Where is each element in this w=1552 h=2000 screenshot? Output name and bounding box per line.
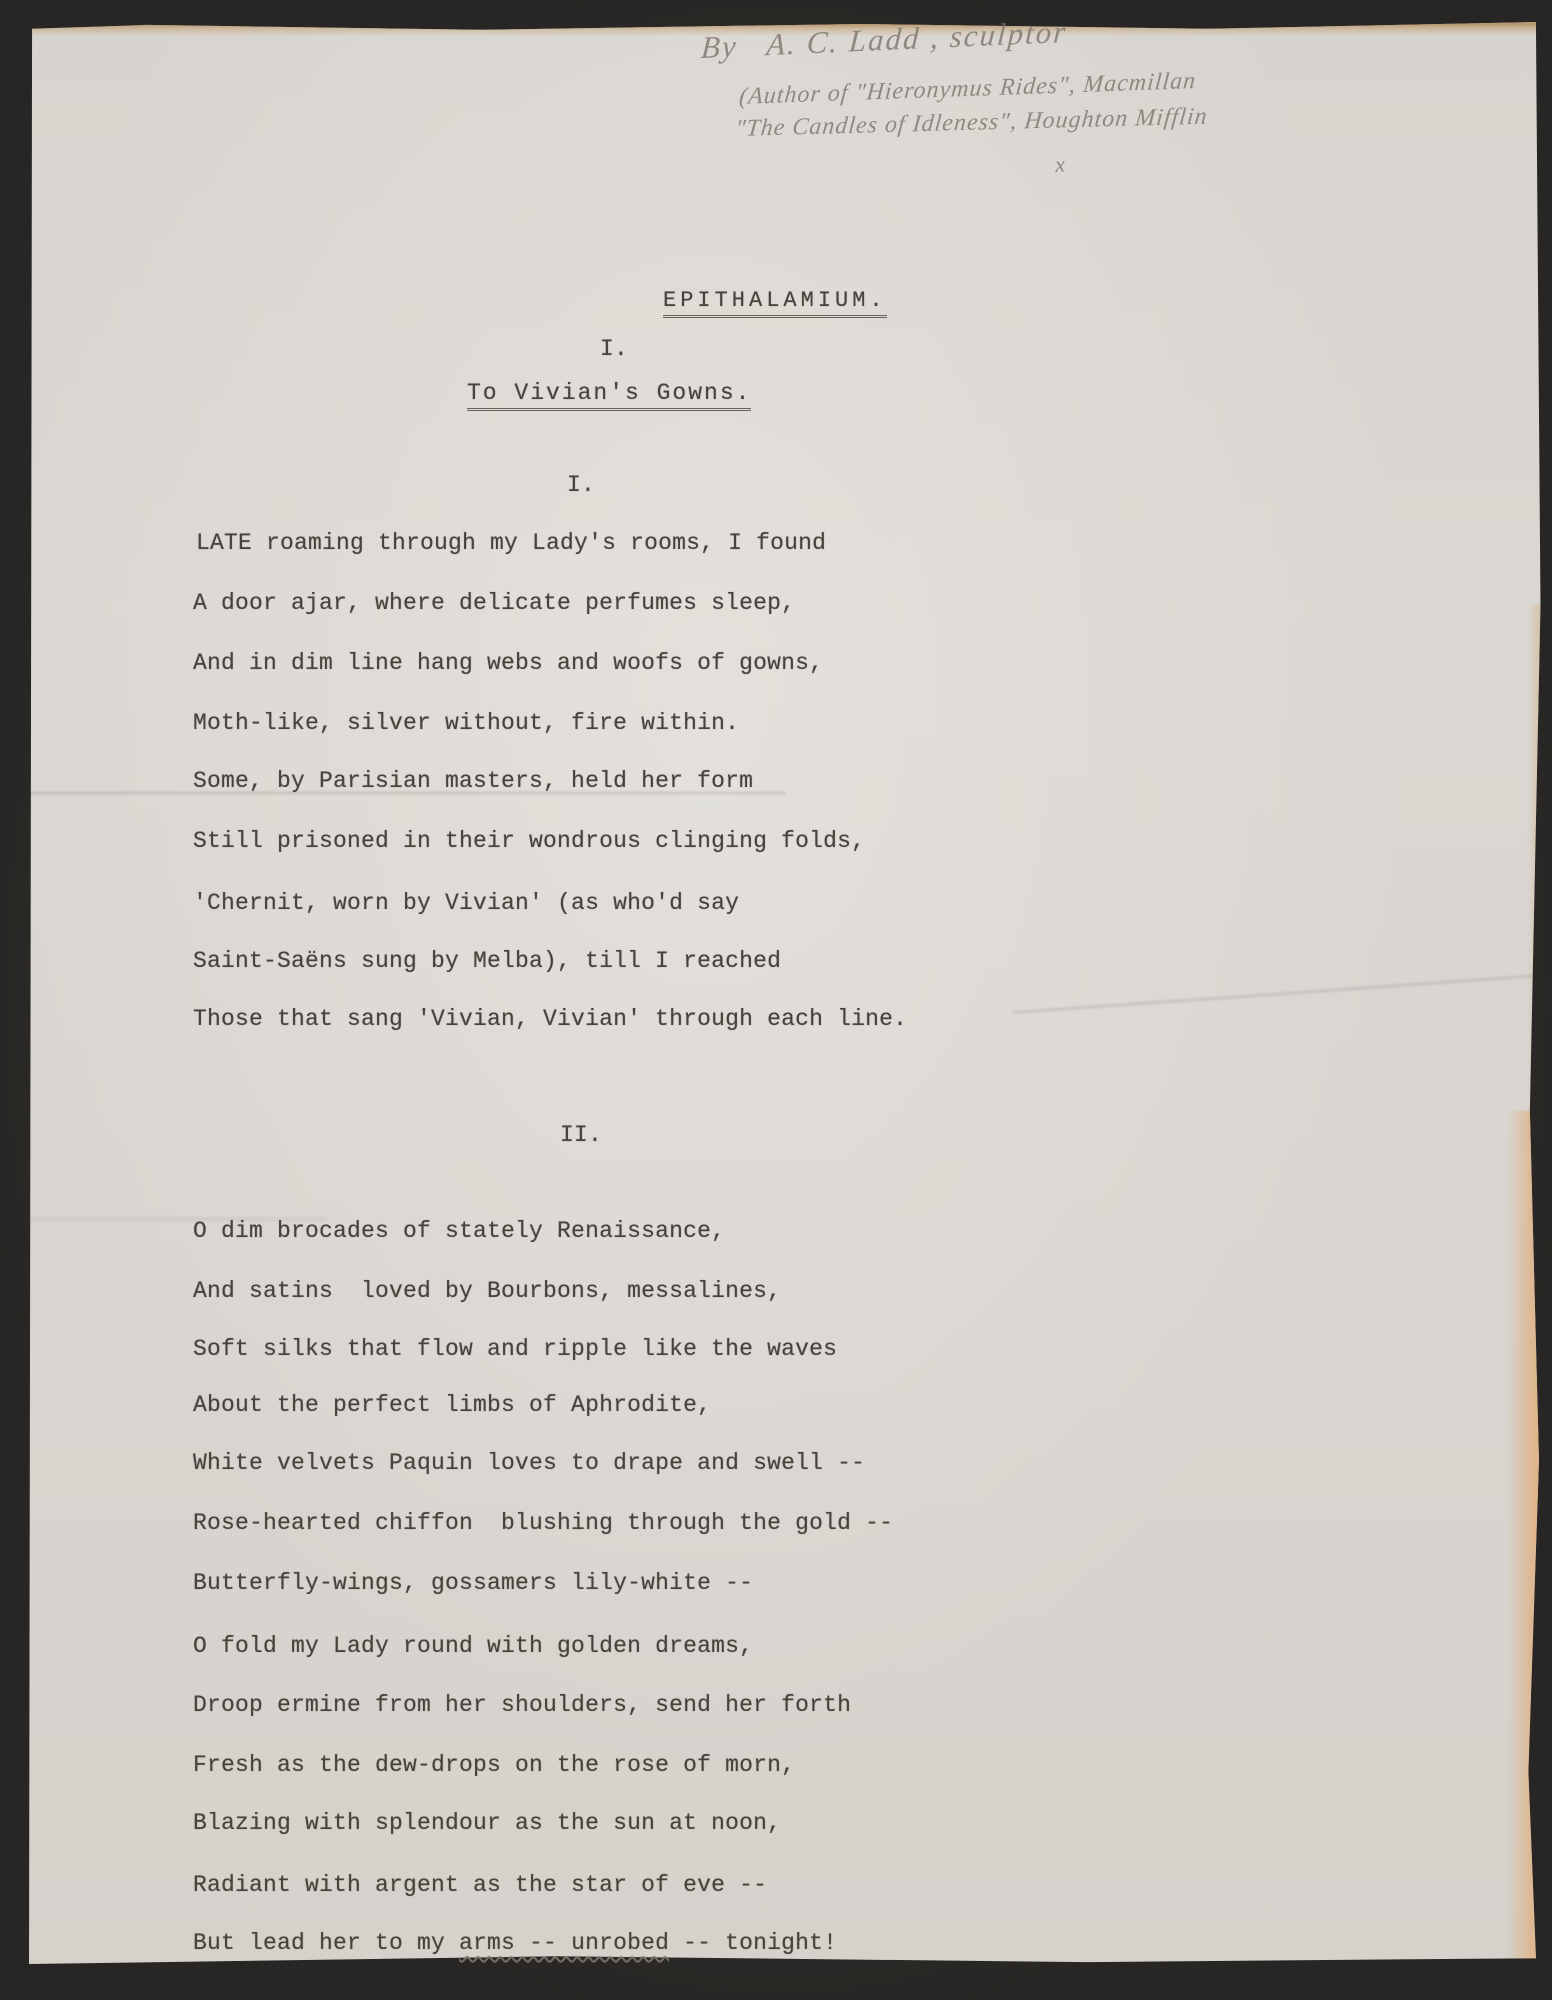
stanza-2-heading: II. [560, 1122, 602, 1148]
poem-line: White velvets Paquin loves to drape and … [193, 1450, 865, 1476]
poem-line: Moth-like, silver without, fire within. [193, 710, 739, 736]
handwritten-x-mark: x [1054, 151, 1066, 178]
poem-line: Fresh as the dew-drops on the rose of mo… [193, 1752, 795, 1778]
poem-subtitle: To Vivian's Gowns. [467, 380, 751, 411]
poem-line: O fold my Lady round with golden dreams, [193, 1633, 753, 1659]
poem-line: And satins loved by Bourbons, messalines… [193, 1278, 781, 1304]
poem-line: Still prisoned in their wondrous clingin… [193, 828, 865, 854]
paper-crease [1013, 972, 1552, 1013]
poem-line: LATE roaming through my Lady's rooms, I … [196, 530, 826, 556]
poem-line: Blazing with splendour as the sun at noo… [193, 1810, 781, 1836]
poem-line: Butterfly-wings, gossamers lily-white -- [193, 1570, 753, 1596]
poem-line: 'Chernit, worn by Vivian' (as who'd say [193, 890, 739, 916]
poem-line: Soft silks that flow and ripple like the… [193, 1336, 837, 1362]
poem-line: A door ajar, where delicate perfumes sle… [193, 590, 795, 616]
last-line-suffix: -- tonight! [669, 1930, 837, 1956]
poem-line: Radiant with argent as the star of eve -… [193, 1872, 767, 1898]
poem-line: Droop ermine from her shoulders, send he… [193, 1692, 851, 1718]
poem-line: Some, by Parisian masters, held her form [193, 768, 753, 794]
poem-line: About the perfect limbs of Aphrodite, [193, 1392, 711, 1418]
poem-line: Rose-hearted chiffon blushing through th… [193, 1510, 893, 1536]
stanza-1-heading: I. [567, 472, 595, 498]
torn-right-edge [1508, 1111, 1542, 1966]
poem-line: And in dim line hang webs and woofs of g… [193, 650, 823, 676]
poem-line: Those that sang 'Vivian, Vivian' through… [193, 1006, 907, 1032]
section-number: I. [600, 336, 628, 362]
last-line-prefix: But lead her to my [193, 1930, 459, 1956]
poem-line: Saint-Saëns sung by Melba), till I reach… [193, 948, 781, 974]
poem-title: EPITHALAMIUM. [663, 288, 887, 318]
browned-right-edge [1528, 605, 1542, 1149]
poem-last-line: But lead her to my arms -- unrobed -- to… [193, 1930, 837, 1956]
last-line-pencil-underlined: arms -- unrobed [459, 1930, 669, 1956]
poem-line: O dim brocades of stately Renaissance, [193, 1218, 725, 1244]
scan-background: By A. C. Ladd , sculptor (Author of "Hie… [0, 0, 1552, 2000]
